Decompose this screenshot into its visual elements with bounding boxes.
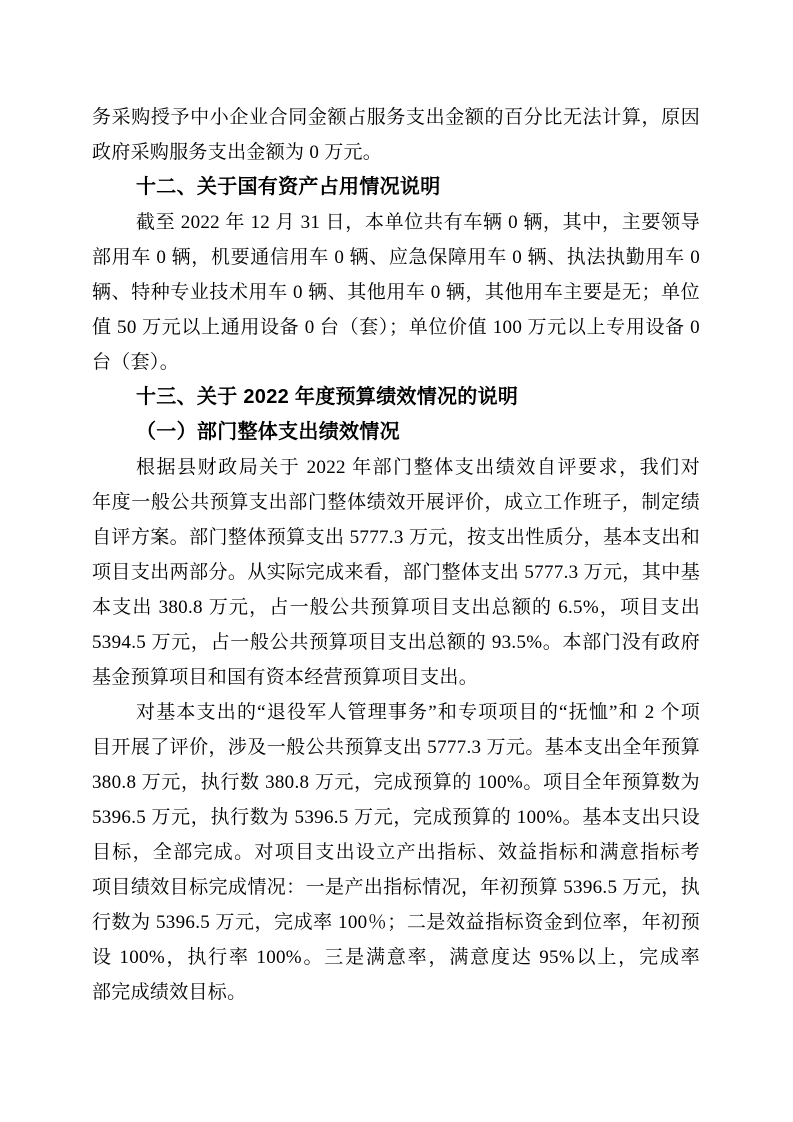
text-line: 项目绩效目标完成情况：一是产出指标情况，年初预算 5396.5 万元，执 [92,870,700,905]
text-line: 行数为 5396.5 万元，完成率 100％；二是效益指标资金到位率，年初预 [92,905,700,940]
subsection-heading-13-1: （一）部门整体支出绩效情况 [92,415,700,450]
text-line: 5396.5 万元，执行数为 5396.5 万元，完成预算的 100%。基本支出… [92,800,700,835]
text-line: 对基本支出的“退役军人管理事务”和专项项目的“抚恤”和 2 个项 [92,695,700,730]
section-heading-12: 十二、关于国有资产占用情况说明 [92,170,700,205]
text-line: 年度一般公共预算支出部门整体绩效开展评价，成立工作班子，制定绩效 [92,485,700,520]
text-line: 根据县财政局关于 2022 年部门整体支出绩效自评要求，我们对 2022 [92,450,700,485]
text-line: 辆、特种专业技术用车 0 辆、其他用车 0 辆，其他用车主要是无；单位价 [92,275,700,310]
text-line: 部用车 0 辆，机要通信用车 0 辆、应急保障用车 0 辆、执法执勤用车 0 [92,240,700,275]
document-body: 务采购授予中小企业合同金额占服务支出金额的百分比无法计算，原因是 政府采购服务支… [92,100,700,1010]
text-line: 项目支出两部分。从实际完成来看，部门整体支出 5777.3 万元，其中基 [92,555,700,590]
text-line: 部完成绩效目标。 [92,975,700,1010]
section-heading-13: 十三、关于 2022 年度预算绩效情况的说明 [92,380,700,415]
text-line: 设 100%，执行率 100%。三是满意率，满意度达 95%以上，完成率 95％… [92,940,700,975]
text-line: 政府采购服务支出金额为 0 万元。 [92,135,700,170]
text-line: 本支出 380.8 万元，占一般公共预算项目支出总额的 6.5%，项目支出 [92,590,700,625]
text-line: 截至 2022 年 12 月 31 日，本单位共有车辆 0 辆，其中，主要领导干 [92,205,700,240]
document-page: 务采购授予中小企业合同金额占服务支出金额的百分比无法计算，原因是 政府采购服务支… [0,0,793,1122]
text-line: 台（套）。 [92,345,700,380]
text-line: 自评方案。部门整体预算支出 5777.3 万元，按支出性质分，基本支出和 [92,520,700,555]
text-line: 380.8 万元，执行数 380.8 万元，完成预算的 100%。项目全年预算数… [92,765,700,800]
text-line: 5394.5 万元，占一般公共预算项目支出总额的 93.5%。本部门没有政府性 [92,625,700,660]
text-line: 目开展了评价，涉及一般公共预算支出 5777.3 万元。基本支出全年预算 [92,730,700,765]
text-line: 基金预算项目和国有资本经营预算项目支出。 [92,660,700,695]
text-line: 值 50 万元以上通用设备 0 台（套）；单位价值 100 万元以上专用设备 0 [92,310,700,345]
text-line: 务采购授予中小企业合同金额占服务支出金额的百分比无法计算，原因是 [92,100,700,135]
text-line: 目标，全部完成。对项目支出设立产出指标、效益指标和满意指标考核。 [92,835,700,870]
